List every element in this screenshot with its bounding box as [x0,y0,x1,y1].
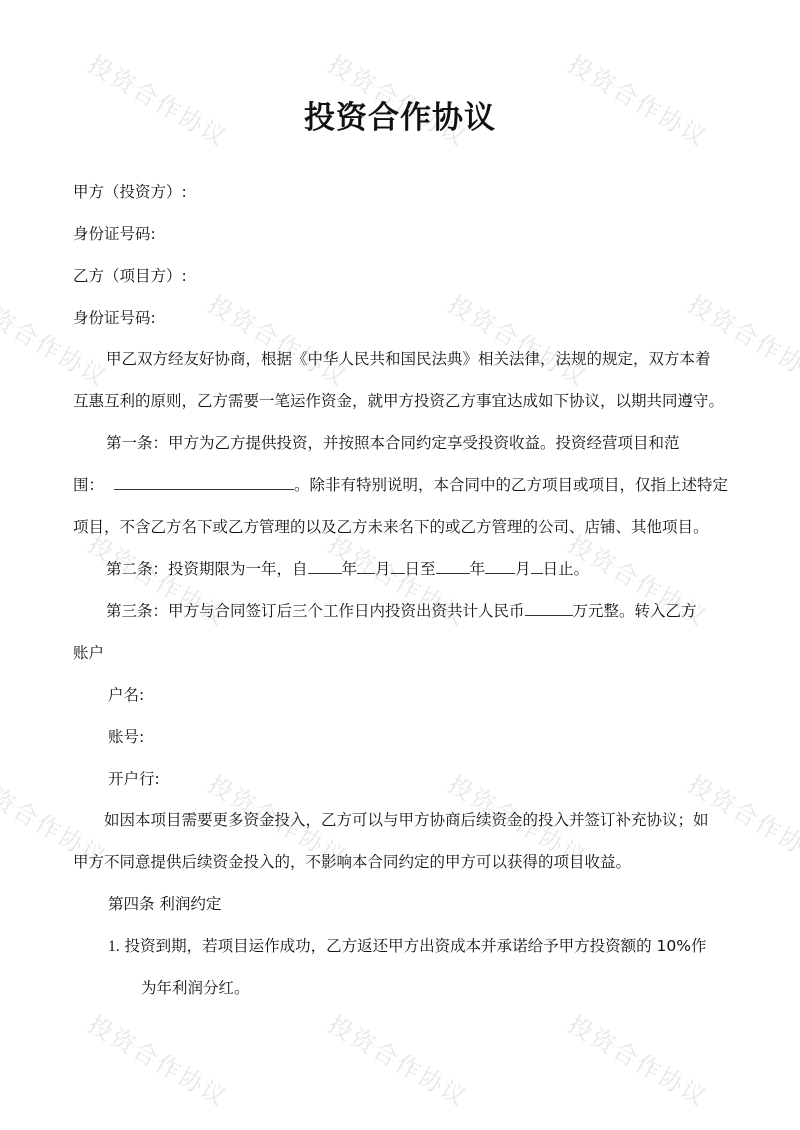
list-number: 1. [108,938,120,955]
article-3-line-1: 第三条：甲方与合同签订后三个工作日内投资出资共计人民币万元整。转入乙方 [106,599,697,621]
party-a-id-label: 身份证号码: [73,222,156,244]
year-label: 年 [342,560,358,578]
article-1-scope-label: 围： [73,476,104,494]
account-name-label: 户名: [108,683,144,705]
preamble-line-2: 互惠互利的原则，乙方需要一笔运作资金，就甲方投资乙方事宜达成如下协议，以期共同遵… [73,389,724,411]
article-1-line-3: 项目，不含乙方名下或乙方管理的以及乙方未来名下的或乙方管理的公司、店铺、其他项目… [73,515,709,537]
end-month-blank[interactable] [485,559,515,574]
watermark: 投资合作协议 [443,285,596,393]
extra-funding-line-2: 甲方不同意提供后续资金投入的，不影响本合同约定的甲方可以获得的项目收益。 [73,850,631,872]
article-4-item-1-line-2: 为年利润分红。 [141,976,250,998]
day-end-label: 日止。 [543,560,590,578]
start-day-blank[interactable] [391,559,405,574]
article-4-item-1-text: 投资到期，若项目运作成功，乙方返还甲方出资成本并承诺给予甲方投资额的 10%作 [125,937,707,955]
article-3-line-2: 账户 [73,641,104,663]
day-to-label: 日至 [405,560,436,578]
watermark: 投资合作协议 [203,285,356,393]
watermark: 投资合作协议 [0,285,115,393]
scope-blank-field[interactable] [114,475,294,490]
start-year-blank[interactable] [308,559,342,574]
article-4-item-1: 1. 投资到期，若项目运作成功，乙方返还甲方出资成本并承诺给予甲方投资额的 10… [108,934,706,956]
extra-funding-line-1: 如因本项目需要更多资金投入，乙方可以与甲方协商后续资金的投入并签订补充协议；如 [104,808,709,830]
month-label: 月 [515,560,531,578]
article-1-line-2: 围：。除非有特别说明，本合同中的乙方项目或项目，仅指上述特定 [73,473,728,495]
party-b-id-label: 身份证号码: [73,306,156,328]
article-2-line: 第二条：投资期限为一年，自年月日至年月日止。 [106,557,589,579]
year-label: 年 [470,560,486,578]
start-month-blank[interactable] [357,559,375,574]
amount-blank-field[interactable] [525,601,573,616]
watermark: 投资合作协议 [83,1005,236,1113]
article-4-title: 第四条 利润约定 [108,892,221,914]
article-1-line-1: 第一条：甲方为乙方提供投资，并按照本合同约定享受投资收益。投资经营项目和范 [106,431,680,453]
watermark: 投资合作协议 [683,285,800,393]
account-number-label: 账号: [108,725,144,747]
end-year-blank[interactable] [436,559,470,574]
end-day-blank[interactable] [531,559,543,574]
document-title: 投资合作协议 [0,92,800,137]
party-a-label: 甲方（投资方）: [73,180,187,202]
watermark: 投资合作协议 [563,1005,716,1113]
watermark: 投资合作协议 [323,1005,476,1113]
party-b-label: 乙方（项目方）: [73,264,187,286]
article-3-text: 第三条：甲方与合同签订后三个工作日内投资出资共计人民币 [106,602,525,620]
preamble-line-1: 甲乙双方经友好协商，根据《中华人民共和国民法典》相关法律，法规的规定，双方本着 [106,347,711,369]
article-3-text-2: 万元整。转入乙方 [573,602,697,620]
article-1-scope-text: 。除非有特别说明，本合同中的乙方项目或项目，仅指上述特定 [294,476,728,494]
article-2-prefix: 第二条：投资期限为一年，自 [106,560,308,578]
bank-label: 开户行: [108,767,160,789]
month-label: 月 [375,560,391,578]
